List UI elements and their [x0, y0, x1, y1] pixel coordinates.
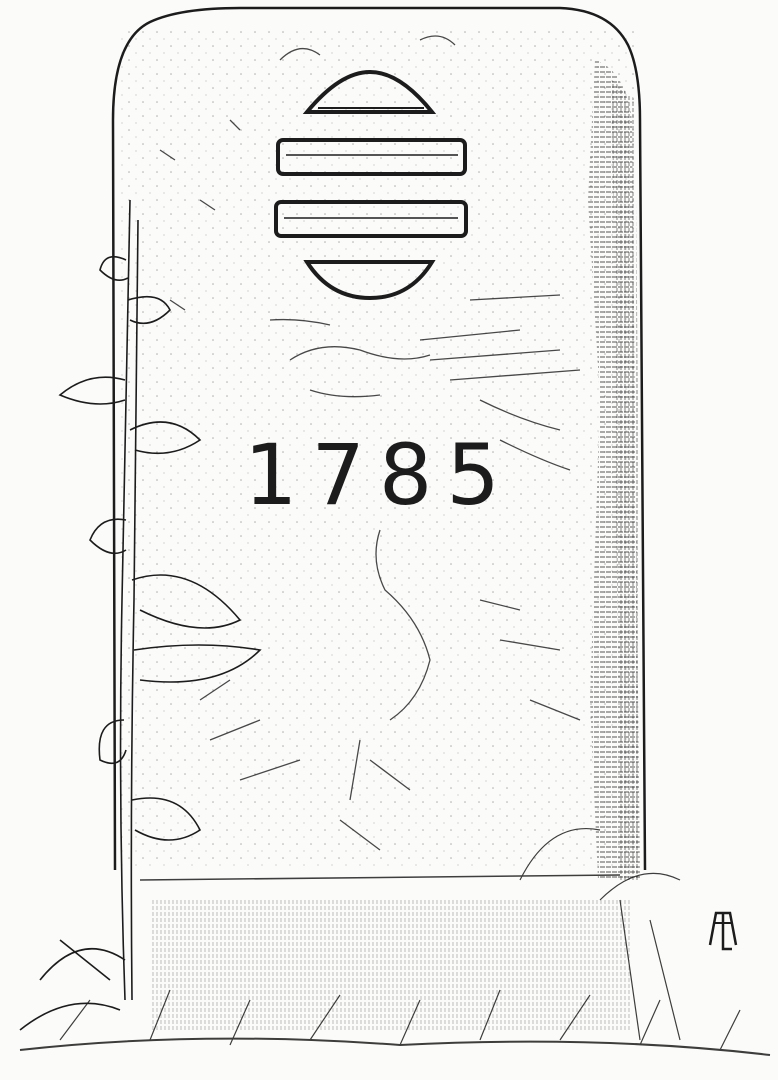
boundary-stone-illustration [0, 0, 778, 1080]
paper-background: 1785 [0, 0, 778, 1080]
artist-monogram-icon [702, 905, 742, 955]
inscription-date: 1785 [244, 430, 494, 520]
